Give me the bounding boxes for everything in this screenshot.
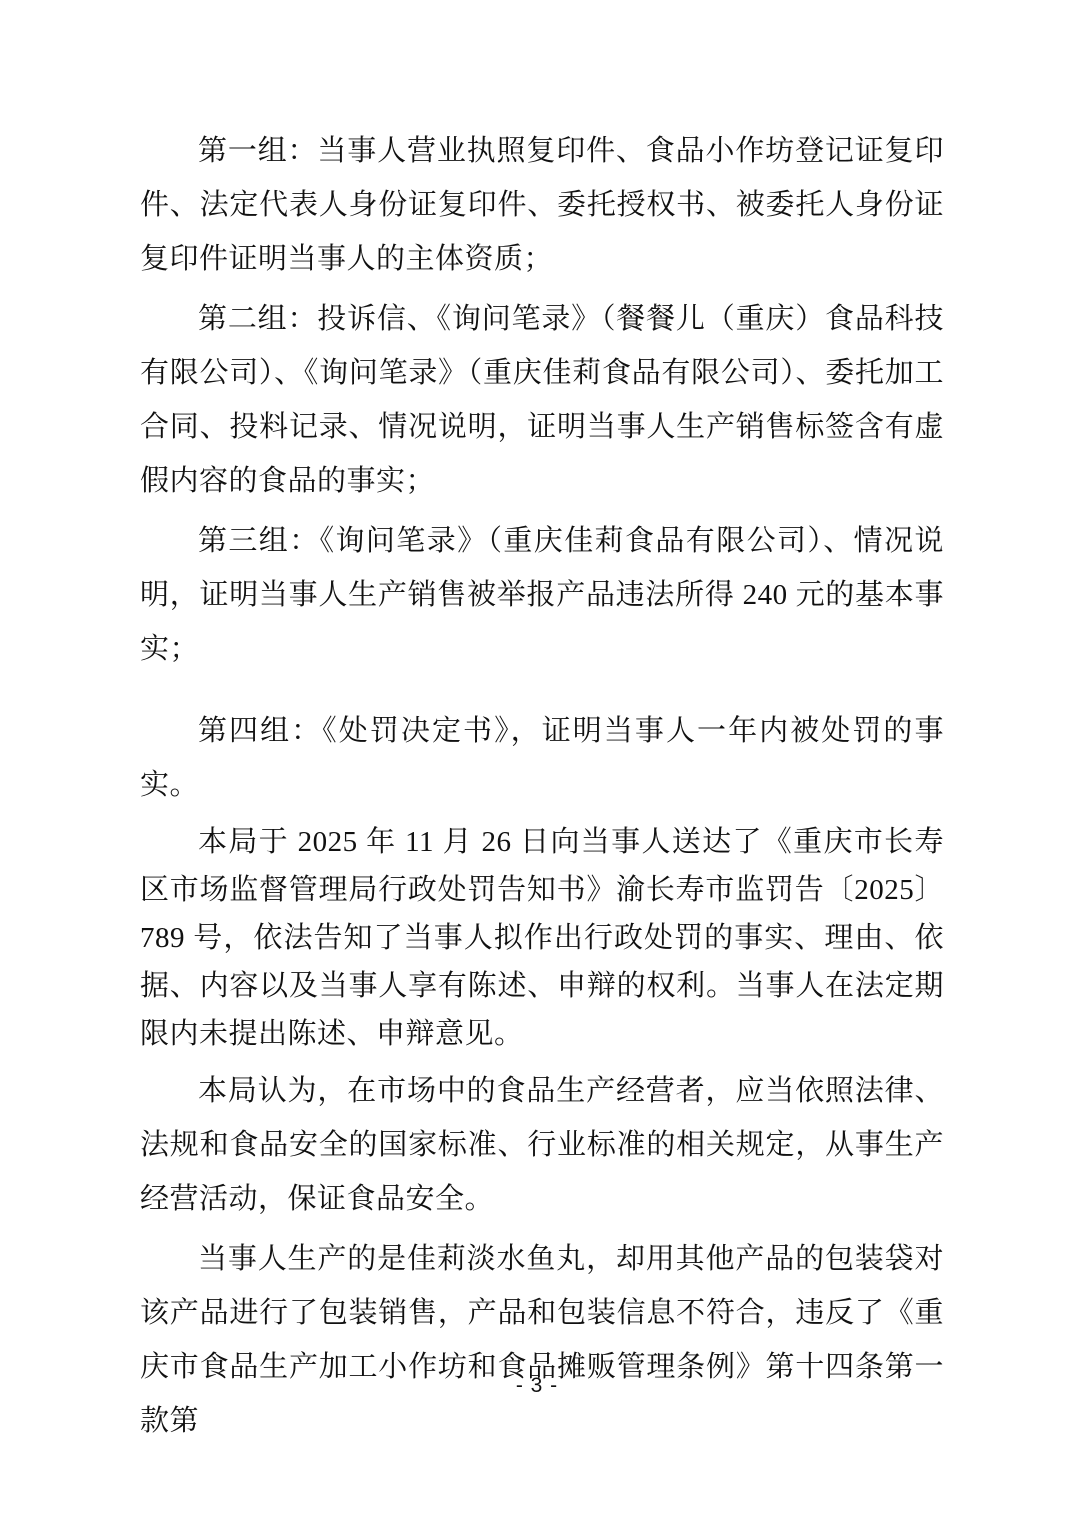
page-number: - 3 - (0, 1374, 1074, 1398)
paragraph-evidence-group-3: 第三组：《询问笔录》（重庆佳莉食品有限公司）、情况说明，证明当事人生产销售被举报… (140, 514, 944, 676)
paragraph-notification: 本局于 2025 年 11 月 26 日向当事人送达了《重庆市长寿区市场监督管理… (140, 818, 944, 1058)
paragraph-evidence-group-1: 第一组：当事人营业执照复印件、食品小作坊登记证复印件、法定代表人身份证复印件、委… (140, 124, 944, 286)
document-body: 第一组：当事人营业执照复印件、食品小作坊登记证复印件、法定代表人身份证复印件、委… (140, 124, 944, 1454)
paragraph-violation-finding: 当事人生产的是佳莉淡水鱼丸，却用其他产品的包装袋对该产品进行了包装销售，产品和包… (140, 1232, 944, 1448)
paragraph-evidence-group-4: 第四组：《处罚决定书》，证明当事人一年内被处罚的事实。 (140, 704, 944, 812)
paragraph-bureau-opinion: 本局认为，在市场中的食品生产经营者，应当依照法律、法规和食品安全的国家标准、行业… (140, 1064, 944, 1226)
paragraph-evidence-group-2: 第二组：投诉信、《询问笔录》（餐餐儿（重庆）食品科技有限公司）、《询问笔录》（重… (140, 292, 944, 508)
document-page: 第一组：当事人营业执照复印件、食品小作坊登记证复印件、法定代表人身份证复印件、委… (0, 0, 1074, 1520)
